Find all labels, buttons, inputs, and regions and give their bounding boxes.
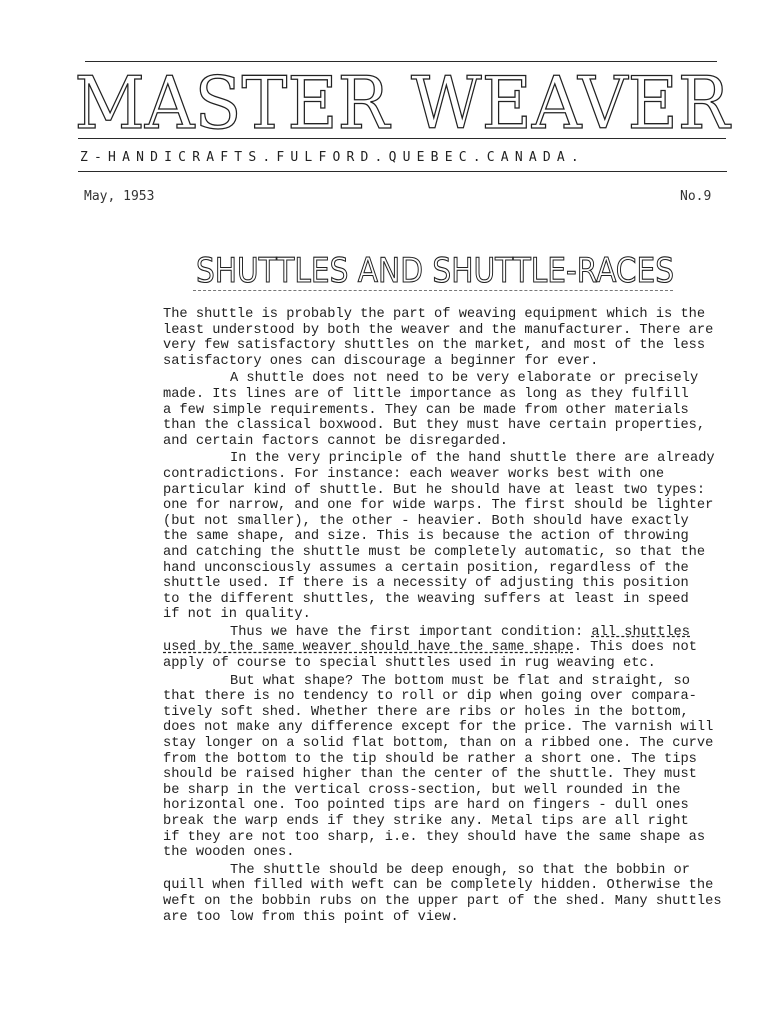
text-line: particular kind of shuttle. But he shoul… xyxy=(163,483,775,499)
text-line: to the different shuttles, the weaving s… xyxy=(163,592,775,608)
text-line: satisfactory ones can discourage a begin… xyxy=(163,354,775,370)
text-line: weft on the bobbin rubs on the upper par… xyxy=(163,894,775,910)
article-paragraph: But what shape? The bottom must be flat … xyxy=(163,674,775,861)
text-line: hand unconsciously assumes a certain pos… xyxy=(163,561,775,577)
text-line: one for narrow, and one for wide warps. … xyxy=(163,498,775,514)
text-line: The shuttle is probably the part of weav… xyxy=(163,307,775,323)
text-line: stay longer on a solid flat bottom, than… xyxy=(163,736,775,752)
issue-date: May, 1953 xyxy=(84,189,154,204)
article-title: SHUTTLES AND SHUTTLE-RACES xyxy=(196,248,676,288)
text-line: shuttle used. If there is a necessity of… xyxy=(163,576,775,592)
article-body: The shuttle is probably the part of weav… xyxy=(163,307,775,927)
text-line: very few satisfactory shuttles on the ma… xyxy=(163,338,775,354)
text-line: A shuttle does not need to be very elabo… xyxy=(163,371,775,387)
text-line: break the warp ends if they strike any. … xyxy=(163,814,775,830)
text-line: But what shape? The bottom must be flat … xyxy=(163,674,775,690)
text-line: should be raised higher than the center … xyxy=(163,767,775,783)
masthead-top-rule xyxy=(85,61,717,62)
text-line: In the very principle of the hand shuttl… xyxy=(163,451,775,467)
text-line: are too low from this point of view. xyxy=(163,910,775,926)
text-line: than the classical boxwood. But they mus… xyxy=(163,418,775,434)
text-line: does not make any difference except for … xyxy=(163,720,775,736)
text-line: quill when filled with weft can be compl… xyxy=(163,878,775,894)
masthead-bottom-rule xyxy=(78,171,727,172)
text-line: Thus we have the first important conditi… xyxy=(163,625,775,641)
article-paragraph: A shuttle does not need to be very elabo… xyxy=(163,371,775,449)
text-line: that there is no tendency to roll or dip… xyxy=(163,689,775,705)
text-line: made. Its lines are of little importance… xyxy=(163,387,775,403)
text-line: contradictions. For instance: each weave… xyxy=(163,467,775,483)
text-line: apply of course to special shuttles used… xyxy=(163,656,775,672)
text-line: least understood by both the weaver and … xyxy=(163,323,775,339)
text-line: horizontal one. Too pointed tips are har… xyxy=(163,798,775,814)
text-line: from the bottom to the tip should be rat… xyxy=(163,752,775,768)
text-line: the same shape, and size. This is becaus… xyxy=(163,529,775,545)
underlined-emphasis: used by the same weaver should have the … xyxy=(163,640,574,655)
text-line: the wooden ones. xyxy=(163,845,775,861)
svg-text:MASTER WEAVER: MASTER WEAVER xyxy=(75,70,732,134)
text-line: used by the same weaver should have the … xyxy=(163,640,775,656)
issue-number: No.9 xyxy=(680,189,711,204)
text-line: and catching the shuttle must be complet… xyxy=(163,545,775,561)
masthead-title: MASTER WEAVER xyxy=(70,70,735,134)
article-paragraph: The shuttle should be deep enough, so th… xyxy=(163,863,775,925)
masthead-subtitle: Z-HANDICRAFTS.FULFORD.QUEBEC.CANADA. xyxy=(80,150,585,165)
masthead-middle-rule xyxy=(78,138,726,139)
text-line: if they are not too sharp, i.e. they sho… xyxy=(163,830,775,846)
text-line: if not in quality. xyxy=(163,607,775,623)
underlined-emphasis: all shuttles xyxy=(591,625,690,640)
article-paragraph: The shuttle is probably the part of weav… xyxy=(163,307,775,369)
text-line: (but not smaller), the other - heavier. … xyxy=(163,514,775,530)
text-line: and certain factors cannot be disregarde… xyxy=(163,434,775,450)
text-line: tively soft shed. Whether there are ribs… xyxy=(163,705,775,721)
article-title-underline xyxy=(193,290,673,291)
text-line: be sharp in the vertical cross-section, … xyxy=(163,783,775,799)
article-paragraph: In the very principle of the hand shuttl… xyxy=(163,451,775,623)
text-line: a few simple requirements. They can be m… xyxy=(163,403,775,419)
text-line: The shuttle should be deep enough, so th… xyxy=(163,863,775,879)
svg-text:SHUTTLES AND SHUTTLE-RACES: SHUTTLES AND SHUTTLE-RACES xyxy=(196,251,674,288)
article-paragraph: Thus we have the first important conditi… xyxy=(163,625,775,672)
